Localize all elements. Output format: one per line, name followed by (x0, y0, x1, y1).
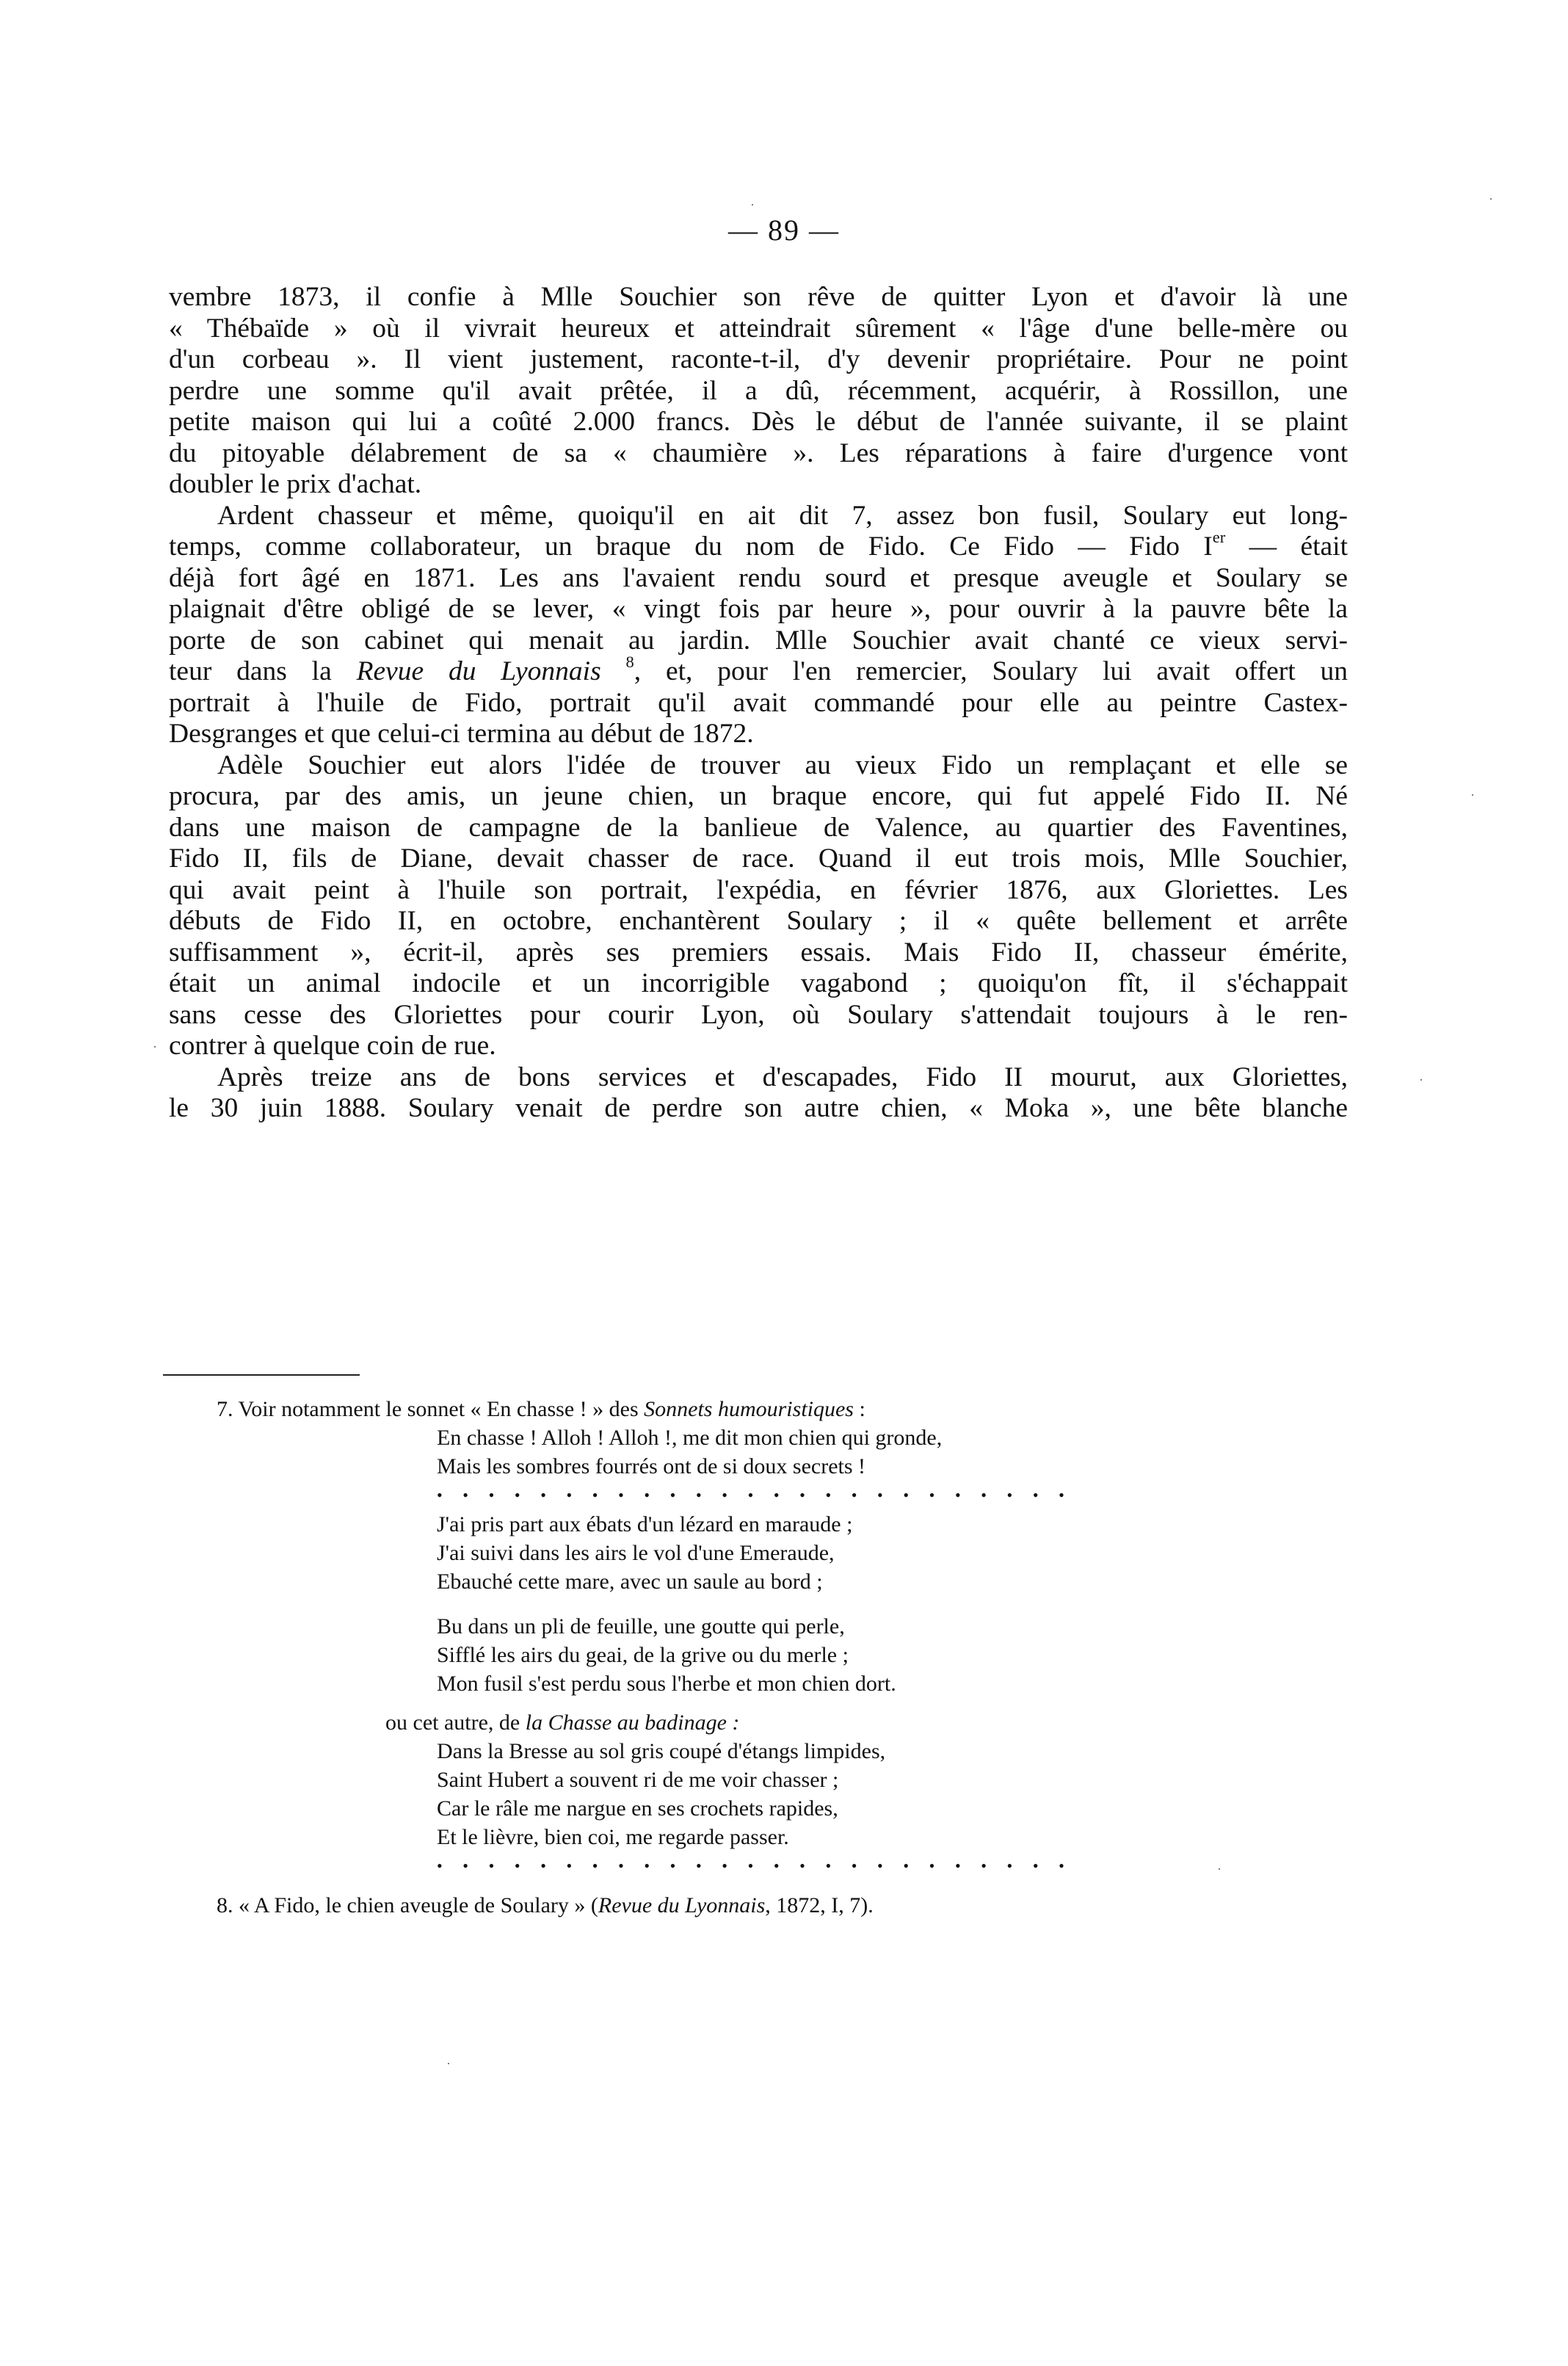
text-segment: « A Fido, le chien aveugle de Soulary » … (233, 1893, 598, 1917)
verse-stanza-2: J'ai pris part aux ébats d'un lézard en … (217, 1510, 1171, 1596)
ellipsis-row: ••••••••••••••••••••••••• (217, 1484, 1064, 1507)
text-line: porte de son cabinet qui menait au jardi… (169, 625, 1348, 657)
scan-speck (1219, 1868, 1220, 1870)
verse-line: En chasse ! Alloh ! Alloh !, me dit mon … (437, 1423, 1171, 1452)
text-segment: : (854, 1397, 865, 1421)
stanza-gap (217, 1596, 1171, 1612)
footnote-ref-8[interactable]: 8 (626, 653, 634, 671)
dot: • (696, 1854, 702, 1878)
verse-line: Mon fusil s'est perdu sous l'herbe et mo… (437, 1669, 1171, 1698)
verse-stanza-1: En chasse ! Alloh ! Alloh !, me dit mon … (217, 1423, 1171, 1481)
text-line: contrer à quelque coin de rue. (169, 1031, 1348, 1062)
dot: • (722, 1854, 727, 1878)
text-line: Desgranges et que celui-ci termina au dé… (169, 719, 1348, 750)
dot: • (877, 1484, 883, 1507)
dot: • (799, 1484, 805, 1507)
footnote-7: 7. Voir notamment le sonnet « En chasse … (217, 1395, 1171, 1878)
dot: • (670, 1484, 676, 1507)
footnote-8-line: 8. « A Fido, le chien aveugle de Soulary… (217, 1891, 1171, 1920)
dot: • (540, 1484, 546, 1507)
book-title: Sonnets humouristiques (644, 1397, 854, 1421)
text-line: portrait à l'huile de Fido, portrait qu'… (169, 688, 1348, 719)
verse-stanza-3: Bu dans un pli de feuille, une goutte qu… (217, 1612, 1171, 1698)
text-line: le 30 juin 1888. Soulary venait de perdr… (169, 1093, 1348, 1125)
second-sonnet-intro: ou cet autre, de la Chasse au badinage : (217, 1708, 1171, 1737)
text-line: Après treize ans de bons services et d'e… (169, 1062, 1348, 1094)
text-line: qui avait peint à l'huile son portrait, … (169, 875, 1348, 907)
intro-line: ou cet autre, de la Chasse au badinage : (385, 1708, 1171, 1737)
text-line: d'un corbeau ». Il vient justement, raco… (169, 344, 1348, 376)
dot: • (774, 1484, 780, 1507)
footnotes: 7. Voir notamment le sonnet « En chasse … (217, 1395, 1171, 1920)
dot: • (955, 1854, 961, 1878)
text-line: vembre 1873, il confie à Mlle Souchier s… (169, 282, 1348, 313)
text-line: Adèle Souchier eut alors l'idée de trouv… (169, 750, 1348, 782)
body-text: vembre 1873, il confie à Mlle Souchier s… (169, 282, 1348, 1125)
verse-line: Saint Hubert a souvent ri de me voir cha… (437, 1766, 1171, 1794)
text-line: procura, par des amis, un jeune chien, u… (169, 781, 1348, 813)
text-line: déjà fort âgé en 1871. Les ans l'avaient… (169, 563, 1348, 595)
dot: • (515, 1484, 520, 1507)
dot: • (929, 1484, 935, 1507)
dot: • (1007, 1854, 1013, 1878)
dot: • (696, 1484, 702, 1507)
text-line: Fido II, fils de Diane, devait chasser d… (169, 843, 1348, 875)
verse-line: Et le lièvre, bien coi, me regarde passe… (437, 1823, 1171, 1851)
paragraph-1: vembre 1873, il confie à Mlle Souchier s… (169, 282, 1348, 501)
verse-line: J'ai suivi dans les airs le vol d'une Em… (437, 1539, 1171, 1567)
text-line: débuts de Fido II, en octobre, enchantèr… (169, 906, 1348, 937)
dot: • (1059, 1854, 1064, 1878)
text-segment: — était (1225, 531, 1348, 562)
dot: • (644, 1854, 650, 1878)
dot: • (462, 1484, 468, 1507)
dot: • (566, 1854, 572, 1878)
verse-line: Sifflé les airs du geai, de la grive ou … (437, 1641, 1171, 1669)
dot: • (566, 1484, 572, 1507)
dot: • (1033, 1484, 1039, 1507)
scan-speck (1420, 1079, 1422, 1081)
verse-line: Bu dans un pli de feuille, une goutte qu… (437, 1612, 1171, 1641)
footnote-8: 8. « A Fido, le chien aveugle de Soulary… (217, 1891, 1171, 1920)
verse-stanza-4: Dans la Bresse au sol gris coupé d'étang… (217, 1737, 1171, 1851)
dot: • (981, 1854, 987, 1878)
dot: • (981, 1484, 987, 1507)
dot: • (618, 1484, 624, 1507)
dot: • (852, 1484, 857, 1507)
dot: • (748, 1854, 754, 1878)
scan-speck (752, 204, 753, 206)
scan-speck (1490, 198, 1492, 200)
scan-speck (154, 1046, 156, 1048)
paragraph-3: Adèle Souchier eut alors l'idée de trouv… (169, 750, 1348, 1062)
dot: • (1033, 1854, 1039, 1878)
text-segment: , et, pour l'en remercier, Soulary lui a… (634, 656, 1348, 686)
dot: • (1059, 1484, 1064, 1507)
verse-line: J'ai pris part aux ébats d'un lézard en … (437, 1510, 1171, 1539)
text-line: du pitoyable délabrement de sa « chaumiè… (169, 438, 1348, 470)
dot: • (929, 1854, 935, 1878)
text-line: doubler le prix d'achat. (169, 469, 1348, 501)
dot: • (1007, 1484, 1013, 1507)
dot: • (748, 1484, 754, 1507)
text-line: plaignait d'être obligé de se lever, « v… (169, 594, 1348, 625)
dot: • (670, 1854, 676, 1878)
dot: • (437, 1854, 443, 1878)
dot: • (592, 1484, 598, 1507)
footnote-7-intro: 7. Voir notamment le sonnet « En chasse … (217, 1395, 1171, 1423)
dot: • (489, 1854, 495, 1878)
text-line-fido-ier: temps, comme collaborateur, un braque du… (169, 531, 1348, 563)
verse-line: Car le râle me nargue en ses crochets ra… (437, 1794, 1171, 1823)
dot: • (825, 1484, 831, 1507)
ellipsis-row: ••••••••••••••••••••••••• (217, 1854, 1064, 1878)
text-line: était un animal indocile et un incorrigi… (169, 968, 1348, 1000)
text-segment: temps, comme collaborateur, un braque du… (169, 531, 1213, 562)
paragraph-2: Ardent chasseur et même, quoiqu'il en ai… (169, 501, 1348, 750)
text-line: « Thébaïde » où il vivrait heureux et at… (169, 313, 1348, 345)
footnote-number: 7. (217, 1397, 233, 1421)
text-line: sans cesse des Gloriettes pour courir Ly… (169, 1000, 1348, 1031)
poem-title: la Chasse au badinage : (526, 1710, 740, 1735)
paragraph-4: Après treize ans de bons services et d'e… (169, 1062, 1348, 1125)
verse-line: Dans la Bresse au sol gris coupé d'étang… (437, 1737, 1171, 1766)
dot: • (437, 1484, 443, 1507)
dot: • (540, 1854, 546, 1878)
text-segment: , 1872, I, 7). (765, 1893, 873, 1917)
footnote-separator (163, 1374, 360, 1376)
text-line: suffisamment », écrit-il, après ses prem… (169, 937, 1348, 969)
dot: • (825, 1854, 831, 1878)
scan-speck (448, 2063, 449, 2064)
verse-line: Mais les sombres fourrés ont de si doux … (437, 1452, 1171, 1481)
dot: • (955, 1484, 961, 1507)
verse-line: Ebauché cette mare, avec un saule au bor… (437, 1567, 1171, 1596)
dot: • (774, 1854, 780, 1878)
text-segment: ou cet autre, de (385, 1710, 526, 1735)
page-number: — 89 — (0, 213, 1568, 248)
journal-title: Revue du Lyonnais (357, 656, 601, 686)
dot: • (592, 1854, 598, 1878)
text-line: perdre une somme qu'il avait prêtée, il … (169, 376, 1348, 407)
scan-speck (1472, 794, 1473, 796)
text-line-revue: teur dans la Revue du Lyonnais 8, et, po… (169, 656, 1348, 688)
dot: • (462, 1854, 468, 1878)
text-line: dans une maison de campagne de la banlie… (169, 813, 1348, 844)
journal-title: Revue du Lyonnais (598, 1893, 765, 1917)
dot: • (799, 1854, 805, 1878)
dot: • (489, 1484, 495, 1507)
footnote-number: 8. (217, 1893, 233, 1917)
text-segment: Voir notamment le sonnet « En chasse ! »… (233, 1397, 645, 1421)
text-segment: teur dans la (169, 656, 357, 686)
text-line: Ardent chasseur et même, quoiqu'il en ai… (169, 501, 1348, 532)
dot: • (515, 1854, 520, 1878)
dot: • (644, 1484, 650, 1507)
superscript-er: er (1213, 528, 1225, 546)
dot: • (852, 1854, 857, 1878)
dot: • (903, 1484, 909, 1507)
dot: • (618, 1854, 624, 1878)
dot: • (903, 1854, 909, 1878)
text-line: petite maison qui lui a coûté 2.000 fran… (169, 407, 1348, 438)
dot: • (877, 1854, 883, 1878)
dot: • (722, 1484, 727, 1507)
